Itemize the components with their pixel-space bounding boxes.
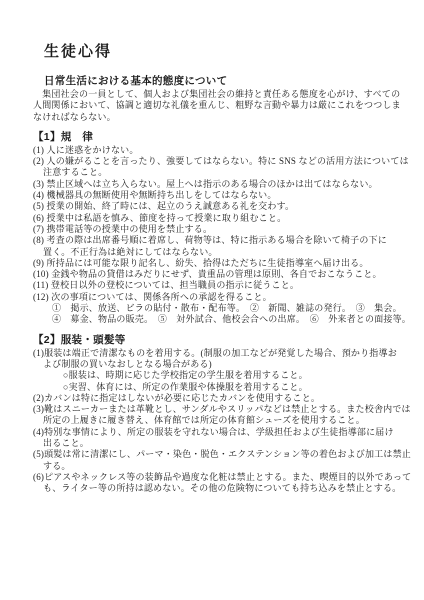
text-line: よび制服の買いなおしとなる場合がある) <box>33 359 396 370</box>
intro-heading: 日常生活における基本的態度について <box>44 75 396 88</box>
text-line: (12) 次の事項については、関係各所への承認を得ること。 <box>33 292 396 303</box>
text-line: (4) 機械器具の無断使用や無断持ち出しをしてはならない。 <box>33 190 396 201</box>
sections-container: 【1】規 律(1) 人に迷惑をかけない。(2) 人の嫌がることを言ったり、強要し… <box>33 131 396 495</box>
text-line: (4)特別な事情により、所定の服装を守れない場合は、学級担任および生徒指導部に届… <box>33 427 396 438</box>
text-line: (3) 禁止区域へは立ち入らない。屋上へは指示のある場合のほかは出てはならない。 <box>33 179 396 190</box>
section-heading: 【1】規 律 <box>33 131 396 144</box>
text-line: (2)カバンは特に指定はしないが必要に応じたカバンを使用すること。 <box>33 393 396 404</box>
text-line: なければならない。 <box>33 112 396 123</box>
text-line: 人間関係において、協調と適切な礼儀を重んじ、粗野な言動や暴力は厳にこれをつつしま <box>33 100 396 111</box>
text-line: (11) 登校日以外の登校については、担当職員の指示に従うこと。 <box>33 280 396 291</box>
text-line: も、ライター等の所持は認めない。その他の危険物についても持ち込みを禁止とする。 <box>33 483 396 494</box>
intro-paragraph: 集団社会の一員として、個人および集団社会の維持と責任ある態度を心がけ、すべての人… <box>33 89 396 123</box>
text-line: ① 掲示、放送、ビラの貼付・散布・配布等。 ② 新聞、雑誌の発行。 ③ 集会。 <box>33 303 396 314</box>
text-line: (5) 授業の開始、終了時には、起立のうえ誠意ある礼を交わす。 <box>33 201 396 212</box>
text-line: (1)服装は端正で清潔なものを着用する。(制服の加工などが発覚した場合、預かり指… <box>33 348 396 359</box>
page-title: 生徒心得 <box>44 44 396 60</box>
text-line: ○実習、体育には、所定の作業服や体操服を着用すること。 <box>33 382 396 393</box>
text-line: (9) 所持品には可能な限り記名し、紛失、拾得はただちに生徒指導室へ届け出る。 <box>33 258 396 269</box>
text-line: 所定の上履きに履き替え、体育館では所定の体育館シューズを使用すること。 <box>33 415 396 426</box>
text-line: (6) 授業中は私語を慎み、節度を持って授業に取り組むこと。 <box>33 213 396 224</box>
text-line: 出ること。 <box>33 438 396 449</box>
text-line: 置く。不正行為は絶対にしてはならない。 <box>33 247 396 258</box>
section-1: 【1】規 律(1) 人に迷惑をかけない。(2) 人の嫌がることを言ったり、強要し… <box>33 131 396 326</box>
text-line: (5)頭髪は常に清潔にし、パーマ・染色・脱色・エクステンション等の着色および加工… <box>33 449 396 460</box>
section-heading: 【2】服装・頭髪等 <box>33 334 396 347</box>
section-2: 【2】服装・頭髪等(1)服装は端正で清潔なものを着用する。(制服の加工などが発覚… <box>33 334 396 495</box>
text-line: (10) 金銭や物品の貸借はみだりにせず、貴重品の管理は原則、各自でおこなうこと… <box>33 269 396 280</box>
text-line: する。 <box>33 461 396 472</box>
text-line: ④ 募金、物品の販売。 ⑤ 対外試合、他校会合への出席。 ⑥ 外来者との面接等。 <box>33 314 396 325</box>
text-line: (2) 人の嫌がることを言ったり、強要してはならない。特に SNS などの活用方… <box>33 156 396 167</box>
text-line: (3)靴はスニーカーまたは革靴とし、サンダルやスリッパなどは禁止とする。また校舎… <box>33 404 396 415</box>
text-line: (1) 人に迷惑をかけない。 <box>33 145 396 156</box>
text-line: 注意すること。 <box>33 167 396 178</box>
text-line: ○服装は、時期に応じた学校指定の学生服を着用すること。 <box>33 370 396 381</box>
document-page: 生徒心得 日常生活における基本的態度について 集団社会の一員として、個人および集… <box>0 0 424 600</box>
text-line: 集団社会の一員として、個人および集団社会の維持と責任ある態度を心がけ、すべての <box>33 89 396 100</box>
text-line: (8) 考査の際は出席番号順に着席し、荷物等は、特に指示ある場合を除いて椅子の下… <box>33 235 396 246</box>
text-line: (7) 携帯電話等の授業中の使用を禁止する。 <box>33 224 396 235</box>
text-line: (6)ピアスやネックレス等の装飾品や過度な化粧は禁止とする。また、喫煙目的以外で… <box>33 472 396 483</box>
